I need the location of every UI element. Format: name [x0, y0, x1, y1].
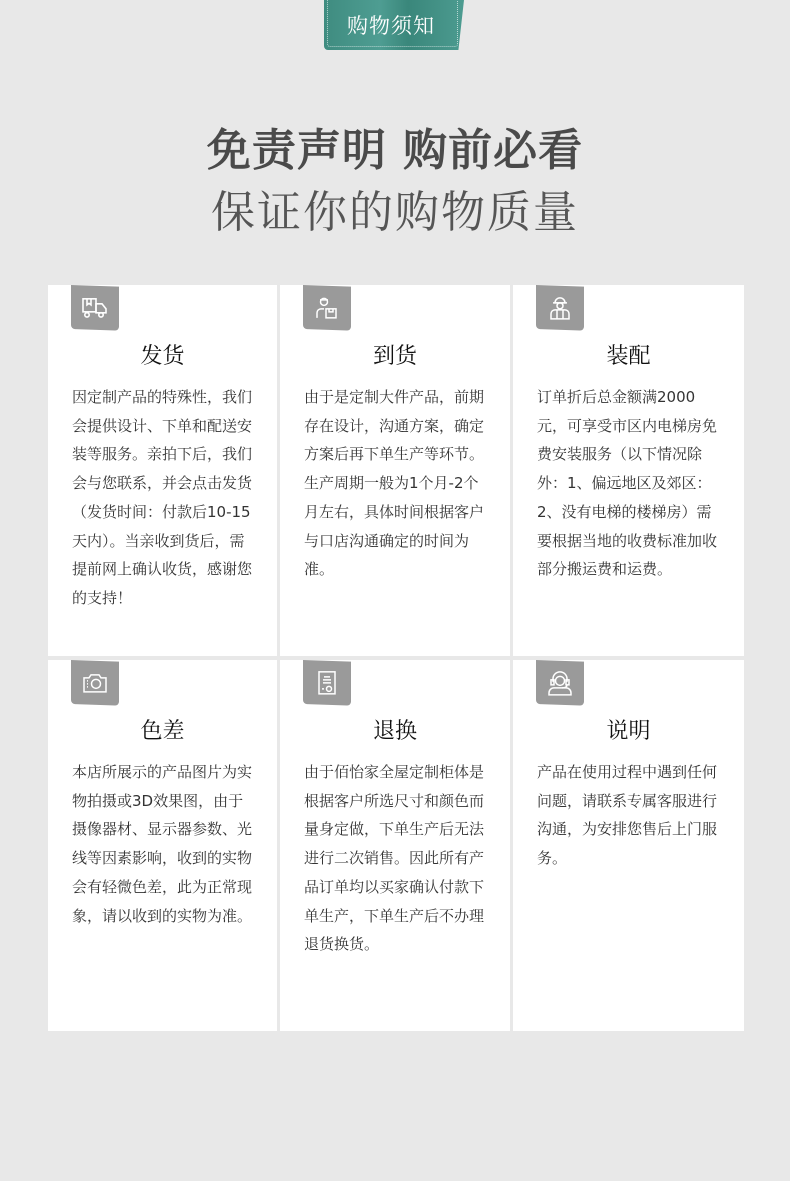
page-title: 免责声明 购前必看: [0, 114, 790, 178]
card-arrival: 到货 由于是定制大件产品，前期存在设计，沟通方案，确定方案后再下单生产等环节。生…: [280, 285, 510, 656]
card-explanation: 说明 产品在使用过程中遇到任何问题，请联系专属客服进行沟通，为安排您售后上门服务…: [513, 660, 744, 1031]
card-installation: 装配 订单折后总金额满2000元，可享受市区内电梯房免费安装服务（以下情况除外：…: [513, 285, 744, 656]
card-body: 产品在使用过程中遇到任何问题，请联系专属客服进行沟通，为安排您售后上门服务。: [537, 758, 721, 873]
card-returns: 退换 由于佰怡家全屋定制柜体是根据客户所选尺寸和颜色而量身定做，下单生产后无法进…: [280, 660, 510, 1031]
card-title: 色差: [48, 714, 277, 745]
card-body: 本店所展示的产品图片为实物拍摄或3D效果图，由于摄像器材、显示器参数、光线等因素…: [72, 758, 256, 930]
installer-worker-icon: [536, 285, 584, 331]
card-color-difference: 色差 本店所展示的产品图片为实物拍摄或3D效果图，由于摄像器材、显示器参数、光线…: [48, 660, 277, 1031]
card-body: 因定制产品的特殊性，我们会提供设计、下单和配送安装等服务。亲拍下后，我们会与您联…: [72, 383, 256, 613]
badge-label: 购物须知: [324, 10, 458, 40]
card-title: 装配: [513, 339, 744, 370]
return-receipt-icon: [303, 660, 351, 706]
delivery-truck-icon: [71, 285, 119, 331]
card-body: 由于是定制大件产品，前期存在设计，沟通方案，确定方案后再下单生产等环节。生产周期…: [304, 383, 488, 584]
camera-icon: [71, 660, 119, 706]
page-subtitle: 保证你的购物质量: [0, 176, 790, 240]
card-title: 说明: [513, 714, 744, 745]
card-body: 订单折后总金额满2000元，可享受市区内电梯房免费安装服务（以下情况除外：1、偏…: [537, 383, 721, 584]
courier-package-icon: [303, 285, 351, 331]
shopping-notice-badge: 购物须知: [324, 0, 464, 50]
card-title: 到货: [280, 339, 510, 370]
card-title: 退换: [280, 714, 510, 745]
customer-service-headset-icon: [536, 660, 584, 706]
card-title: 发货: [48, 339, 277, 370]
card-body: 由于佰怡家全屋定制柜体是根据客户所选尺寸和颜色而量身定做，下单生产后无法进行二次…: [304, 758, 488, 959]
card-shipping: 发货 因定制产品的特殊性，我们会提供设计、下单和配送安装等服务。亲拍下后，我们会…: [48, 285, 277, 656]
